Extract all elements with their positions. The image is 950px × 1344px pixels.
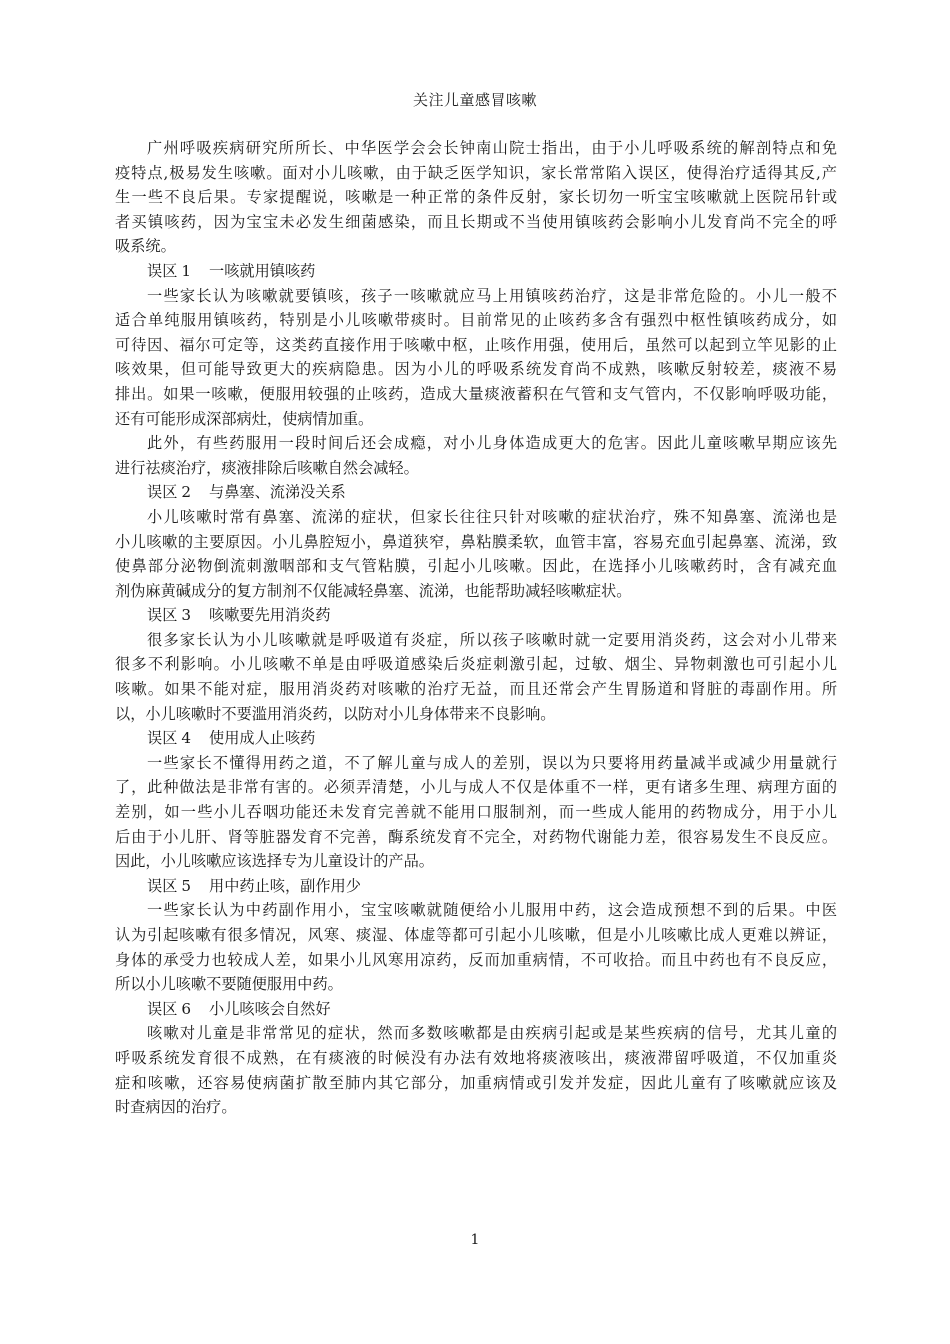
section-number: 1: [181, 262, 191, 280]
text-line: 差别，如一些小儿吞咽功能还未发育完善就不能用口服制剂，而一些成人能用的药物成分，…: [115, 800, 837, 825]
text-line: 使鼻部分泌物倒流刺激咽部和支气管粘膜，引起小儿咳嗽。因此，在选择小儿咳嗽药时，含…: [115, 554, 837, 579]
text-line: 了，此种做法是非常有害的。必须弄清楚，小儿与成人不仅是体重不一样，更有诸多生理、…: [115, 775, 837, 800]
intro-paragraph: 广州呼吸疾病研究所所长、中华医学会会长钟南山院士指出，由于小儿呼吸系统的解剖特点…: [115, 136, 837, 259]
text-line: 适合单纯服用镇咳药，特别是小儿咳嗽带痰时。目前常见的止咳药多含有强烈中枢性镇咳药…: [115, 308, 837, 333]
section-label: 误区: [147, 606, 177, 624]
section-heading: 误区5用中药止咳，副作用少: [115, 874, 837, 899]
paragraph: 一些家长认为中药副作用小，宝宝咳嗽就随便给小儿服用中药，这会造成预想不到的后果。…: [115, 898, 837, 996]
text-line: 广州呼吸疾病研究所所长、中华医学会会长钟南山院士指出，由于小儿呼吸系统的解剖特点…: [115, 136, 837, 161]
paragraph: 小儿咳嗽时常有鼻塞、流涕的症状，但家长往往只针对咳嗽的症状治疗，殊不知鼻塞、流涕…: [115, 505, 837, 603]
paragraph: 此外，有些药服用一段时间后还会成瘾，对小儿身体造成更大的危害。因此儿童咳嗽早期应…: [115, 431, 837, 480]
text-line: 咳嗽对儿童是非常常见的症状，然而多数咳嗽都是由疾病引起或是某些疾病的信号，尤其儿…: [115, 1021, 837, 1046]
section-label: 误区: [147, 729, 177, 747]
paragraph: 很多家长认为小儿咳嗽就是呼吸道有炎症，所以孩子咳嗽时就一定要用消炎药，这会对小儿…: [115, 628, 837, 726]
section-heading-text: 一咳就用镇咳药: [209, 262, 315, 280]
section-label: 误区: [147, 877, 177, 895]
text-line: 很多不利影响。小儿咳嗽不单是由呼吸道感染后炎症刺激引起，过敏、烟尘、异物刺激也可…: [115, 652, 837, 677]
text-line: 疫特点,极易发生咳嗽。面对小儿咳嗽，由于缺乏医学知识，家长常常陷入误区，使得治疗…: [115, 161, 837, 186]
page-number: 1: [0, 1231, 950, 1249]
document-page: 关注儿童感冒咳嗽 广州呼吸疾病研究所所长、中华医学会会长钟南山院士指出，由于小儿…: [0, 0, 950, 1344]
section-heading: 误区4使用成人止咳药: [115, 726, 837, 751]
text-line: 呼吸系统发育很不成熟，在有痰液的时候没有办法有效地将痰液咳出，痰液滞留呼吸道，不…: [115, 1046, 837, 1071]
section-myth-6: 误区6小儿咳咳会自然好 咳嗽对儿童是非常常见的症状，然而多数咳嗽都是由疾病引起或…: [115, 997, 837, 1120]
section-heading: 误区2与鼻塞、流涕没关系: [115, 480, 837, 505]
text-line: 咳效果，但可能导致更大的疾病隐患。因为小儿的呼吸系统发育尚不成熟，咳嗽反射较差，…: [115, 357, 837, 382]
section-label: 误区: [147, 1000, 177, 1018]
text-line: 还有可能形成深部病灶，使病情加重。: [115, 407, 837, 432]
paragraph: 一些家长不懂得用药之道，不了解儿童与成人的差别，误以为只要将用药量减半或减少用量…: [115, 751, 837, 874]
text-line: 者买镇咳药，因为宝宝未必发生细菌感染，而且长期或不当使用镇咳药会影响小儿发育尚不…: [115, 210, 837, 235]
text-line: 此外，有些药服用一段时间后还会成瘾，对小儿身体造成更大的危害。因此儿童咳嗽早期应…: [115, 431, 837, 456]
section-number: 2: [181, 483, 191, 501]
section-number: 4: [181, 729, 191, 747]
section-number: 5: [181, 877, 191, 895]
text-line: 时查病因的治疗。: [115, 1095, 837, 1120]
section-heading: 误区6小儿咳咳会自然好: [115, 997, 837, 1022]
text-line: 因此，小儿咳嗽应该选择专为儿童设计的产品。: [115, 849, 837, 874]
section-heading-text: 咳嗽要先用消炎药: [209, 606, 331, 624]
text-line: 小儿咳嗽的主要原因。小儿鼻腔短小，鼻道狭窄，鼻粘膜柔软，血管丰富，容易充血引起鼻…: [115, 530, 837, 555]
section-label: 误区: [147, 483, 177, 501]
section-myth-1: 误区1一咳就用镇咳药 一些家长认为咳嗽就要镇咳，孩子一咳嗽就应马上用镇咳药治疗，…: [115, 259, 837, 480]
paragraph: 一些家长认为咳嗽就要镇咳，孩子一咳嗽就应马上用镇咳药治疗，这是非常危险的。小儿一…: [115, 284, 837, 432]
text-line: 吸系统。: [115, 234, 837, 259]
text-line: 生一些不良后果。专家提醒说，咳嗽是一种正常的条件反射，家长切勿一听宝宝咳嗽就上医…: [115, 185, 837, 210]
paragraph: 咳嗽对儿童是非常常见的症状，然而多数咳嗽都是由疾病引起或是某些疾病的信号，尤其儿…: [115, 1021, 837, 1119]
section-myth-3: 误区3咳嗽要先用消炎药 很多家长认为小儿咳嗽就是呼吸道有炎症，所以孩子咳嗽时就一…: [115, 603, 837, 726]
text-line: 以，小儿咳嗽时不要滥用消炎药，以防对小儿身体带来不良影响。: [115, 702, 837, 727]
section-heading-text: 用中药止咳，副作用少: [209, 877, 361, 895]
section-heading: 误区1一咳就用镇咳药: [115, 259, 837, 284]
text-line: 可待因、福尔可定等，这类药直接作用于咳嗽中枢，止咳作用强，使用后，虽然可以起到立…: [115, 333, 837, 358]
section-heading-text: 小儿咳咳会自然好: [209, 1000, 331, 1018]
text-line: 所以小儿咳嗽不要随便服用中药。: [115, 972, 837, 997]
section-heading: 误区3咳嗽要先用消炎药: [115, 603, 837, 628]
text-line: 进行祛痰治疗，痰液排除后咳嗽自然会减轻。: [115, 456, 837, 481]
text-line: 剂伪麻黄碱成分的复方制剂不仅能减轻鼻塞、流涕，也能帮助减轻咳嗽症状。: [115, 579, 837, 604]
section-myth-4: 误区4使用成人止咳药 一些家长不懂得用药之道，不了解儿童与成人的差别，误以为只要…: [115, 726, 837, 874]
text-line: 小儿咳嗽时常有鼻塞、流涕的症状，但家长往往只针对咳嗽的症状治疗，殊不知鼻塞、流涕…: [115, 505, 837, 530]
document-title: 关注儿童感冒咳嗽: [0, 89, 950, 111]
section-heading-text: 使用成人止咳药: [209, 729, 315, 747]
document-body: 广州呼吸疾病研究所所长、中华医学会会长钟南山院士指出，由于小儿呼吸系统的解剖特点…: [115, 136, 837, 1120]
text-line: 很多家长认为小儿咳嗽就是呼吸道有炎症，所以孩子咳嗽时就一定要用消炎药，这会对小儿…: [115, 628, 837, 653]
section-myth-5: 误区5用中药止咳，副作用少 一些家长认为中药副作用小，宝宝咳嗽就随便给小儿服用中…: [115, 874, 837, 997]
text-line: 排出。如果一咳嗽，便服用较强的止咳药，造成大量痰液蓄积在气管和支气管内，不仅影响…: [115, 382, 837, 407]
text-line: 咳嗽。如果不能对症，服用消炎药对咳嗽的治疗无益，而且还常会产生胃肠道和肾脏的毒副…: [115, 677, 837, 702]
section-label: 误区: [147, 262, 177, 280]
text-line: 一些家长不懂得用药之道，不了解儿童与成人的差别，误以为只要将用药量减半或减少用量…: [115, 751, 837, 776]
section-number: 6: [181, 1000, 191, 1018]
text-line: 认为引起咳嗽有很多情况，风寒、痰湿、体虚等都可引起小儿咳嗽，但是小儿咳嗽比成人更…: [115, 923, 837, 948]
text-line: 一些家长认为咳嗽就要镇咳，孩子一咳嗽就应马上用镇咳药治疗，这是非常危险的。小儿一…: [115, 284, 837, 309]
text-line: 后由于小儿肝、肾等脏器发育不完善，酶系统发育不完全，对药物代谢能力差，很容易发生…: [115, 825, 837, 850]
text-line: 一些家长认为中药副作用小，宝宝咳嗽就随便给小儿服用中药，这会造成预想不到的后果。…: [115, 898, 837, 923]
text-line: 症和咳嗽，还容易使病菌扩散至肺内其它部分，加重病情或引发并发症，因此儿童有了咳嗽…: [115, 1071, 837, 1096]
section-myth-2: 误区2与鼻塞、流涕没关系 小儿咳嗽时常有鼻塞、流涕的症状，但家长往往只针对咳嗽的…: [115, 480, 837, 603]
section-heading-text: 与鼻塞、流涕没关系: [209, 483, 346, 501]
text-line: 身体的承受力也较成人差，如果小儿风寒用凉药，反而加重病情，不可收拾。而且中药也有…: [115, 948, 837, 973]
section-number: 3: [181, 606, 191, 624]
